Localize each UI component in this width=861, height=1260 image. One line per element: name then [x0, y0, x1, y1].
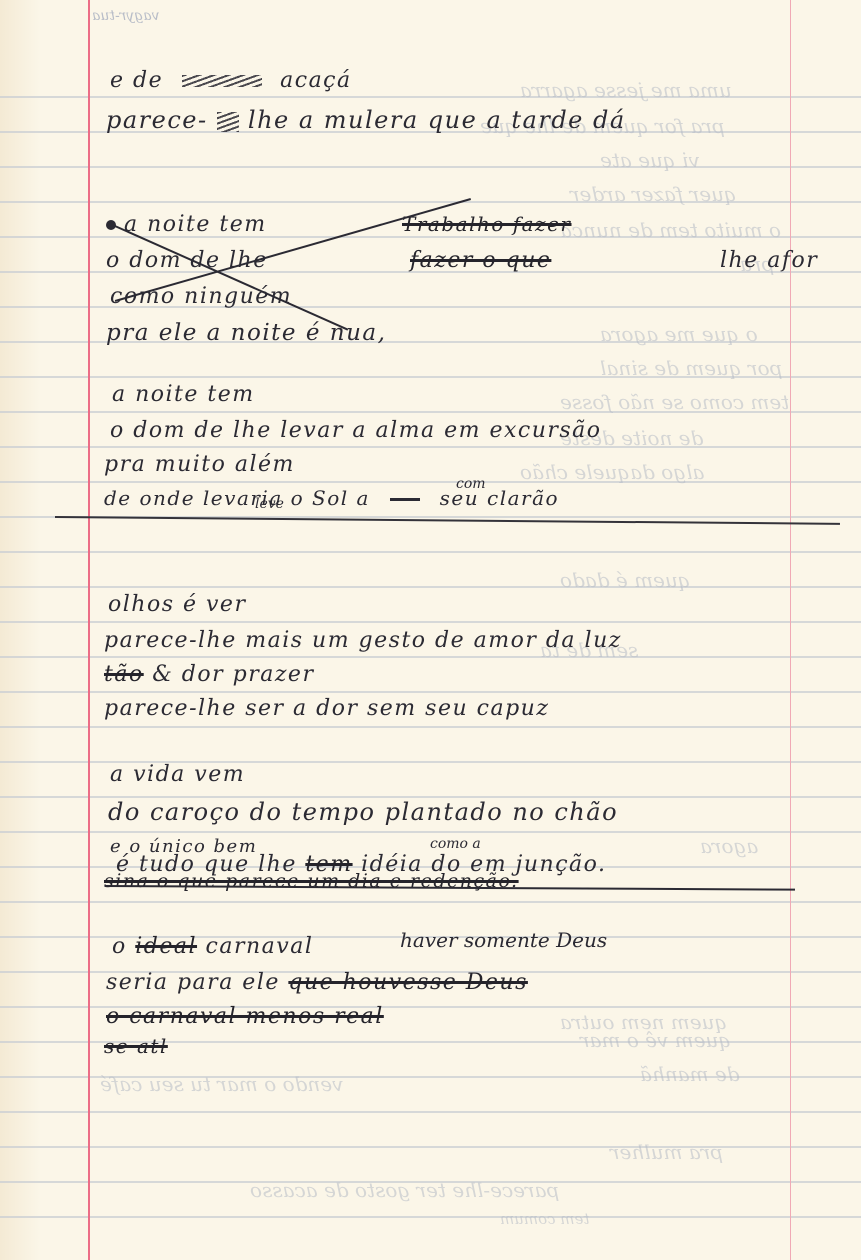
line: do caroço do tempo plantado no chão — [108, 798, 618, 826]
line: parece- lhe a mulera que a tarde dá — [106, 106, 626, 134]
line: a noite tem — [112, 382, 255, 407]
right-margin-line — [790, 0, 791, 1260]
line: seria para ele que houvesse Deus — [106, 970, 528, 995]
line: o dom de lhe levar a alma em excursão — [110, 418, 602, 443]
line: parece-lhe ser a dor sem seu capuz — [104, 696, 549, 721]
struck-word — [390, 498, 420, 501]
line: e de acaçá — [110, 68, 352, 93]
line: pra muito além — [104, 452, 295, 477]
line: pra ele a noite é nua, — [106, 320, 386, 346]
line: o ideal carnaval — [112, 934, 313, 959]
struck-text: Trabalho fazer — [402, 212, 572, 236]
line: como ninguém — [110, 284, 292, 309]
line: o dom de lhe — [106, 248, 268, 273]
struck-line: se atl — [104, 1034, 168, 1058]
cross-out-stroke — [115, 225, 349, 330]
line: parece-lhe mais um gesto de amor da luz — [104, 628, 622, 653]
line: de onde levaria o Sol a seu clarão — [104, 486, 559, 510]
insertion: haver somente Deus — [400, 928, 607, 952]
bleed-margin-note: vagyr-tua — [92, 8, 160, 24]
line-end: lhe afor — [720, 248, 818, 273]
line: tão & dor prazer — [104, 662, 314, 687]
section-divider — [55, 516, 840, 525]
left-margin-line — [88, 0, 90, 1260]
scribble-out — [217, 112, 239, 132]
struck-line: sina o que parece um dia e redenção. — [104, 870, 519, 892]
insertion: leve — [255, 496, 284, 512]
insertion: como a — [430, 836, 481, 852]
struck-text: fazer o que — [410, 248, 551, 273]
struck-line: o carnaval menos real — [106, 1004, 384, 1029]
scribble-out — [182, 75, 262, 87]
line: a vida vem — [110, 762, 245, 787]
notebook-page: vagyr-tua uma me jesse agarra pra for qu… — [0, 0, 861, 1260]
line: olhos é ver — [108, 592, 246, 617]
insertion: com — [456, 476, 486, 492]
